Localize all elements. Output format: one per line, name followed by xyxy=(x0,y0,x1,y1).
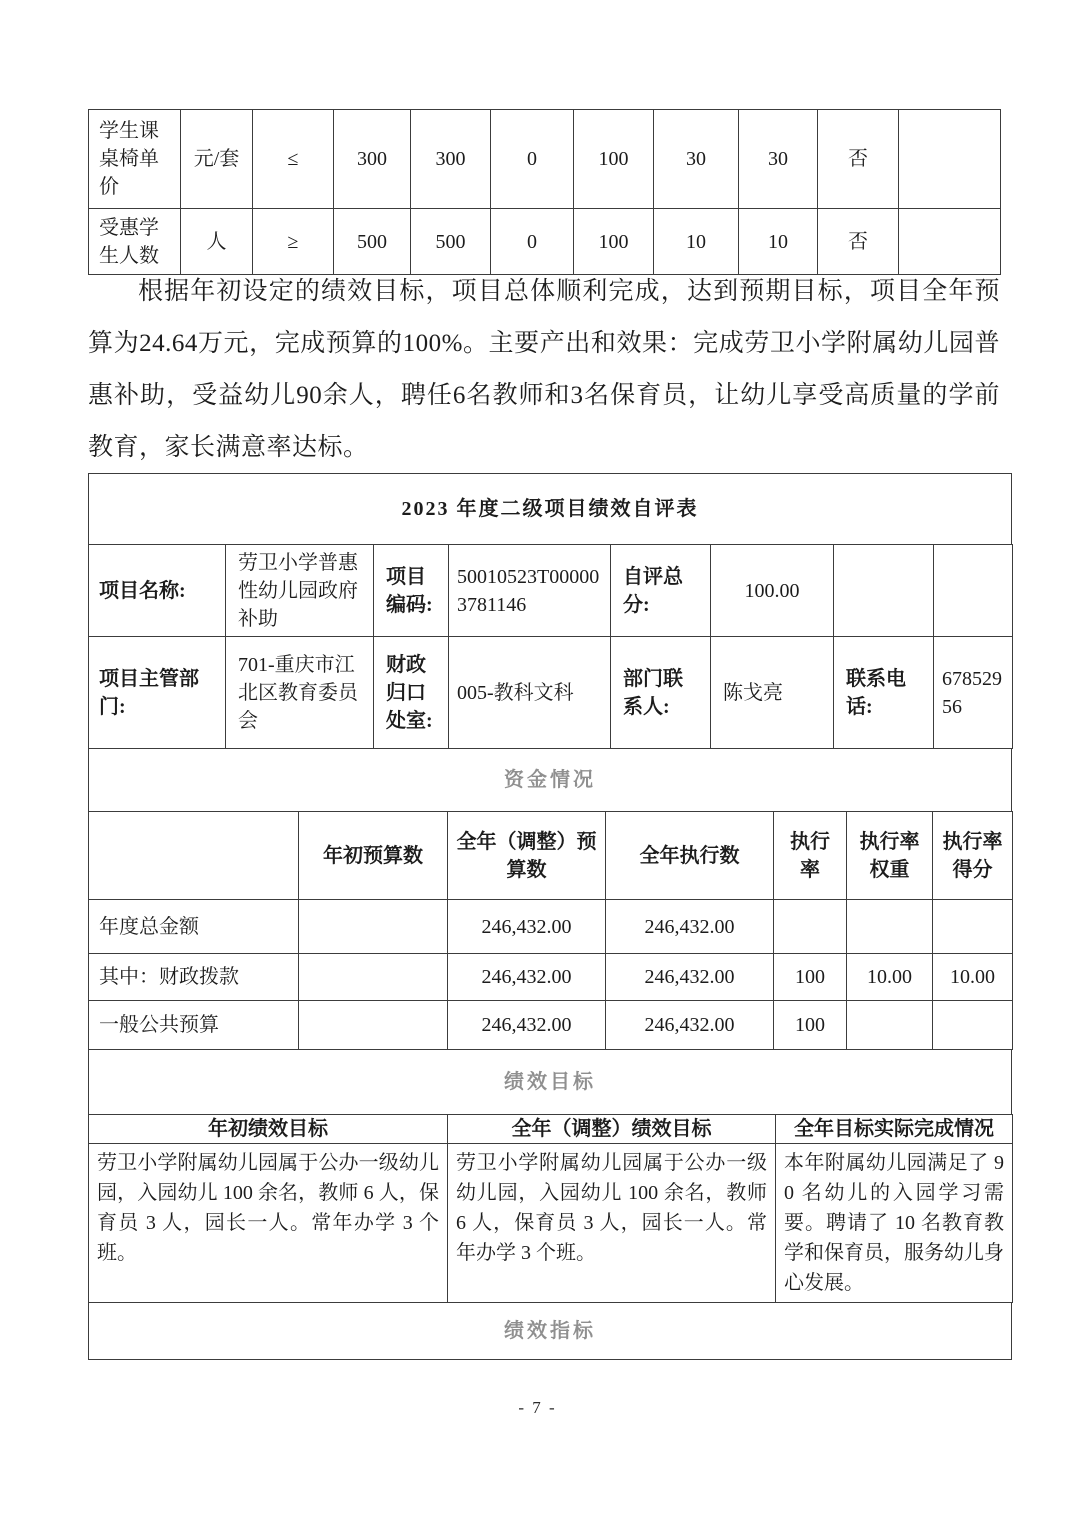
finance-office-value: 005-教科文科 xyxy=(449,637,611,749)
indicator-row-students: 受惠学生人数 人 ≥ 500 500 0 100 10 10 否 xyxy=(89,209,1001,275)
goal-initial-text: 劳卫小学附属幼儿园属于公办一级幼儿园，入园幼儿 100 余名，教师 6 人，保育… xyxy=(89,1144,448,1303)
data-cell xyxy=(774,900,847,954)
data-cell: 246,432.00 xyxy=(606,954,774,1001)
row-label: 其中：财政拨款 xyxy=(89,954,299,1001)
row-label: 一般公共预算 xyxy=(89,1001,299,1050)
indicator-name: 学生课桌椅单价 xyxy=(89,110,181,209)
info-row-2: 项目主管部门: 701-重庆市江北区教育委员会 财政归口处室: 005-教科文科… xyxy=(89,637,1013,749)
indicator-flag: 否 xyxy=(818,110,899,209)
section-indicators: 绩效指标 xyxy=(88,1302,1012,1360)
funding-header-initial-budget: 年初预算数 xyxy=(299,812,448,900)
funding-header-executed: 全年执行数 xyxy=(606,812,774,900)
funding-row-public-budget: 一般公共预算 246,432.00 246,432.00 100 xyxy=(89,1001,1013,1050)
data-cell: 10.00 xyxy=(847,954,933,1001)
goals-header-row: 年初绩效目标 全年（调整）绩效目标 全年目标实际完成情况 xyxy=(89,1115,1013,1144)
project-name-label: 项目名称: xyxy=(89,545,226,637)
section-funding-title: 资金情况 xyxy=(89,749,1012,812)
phone-label: 联系电话: xyxy=(834,637,934,749)
eval-table: 2023 年度二级项目绩效自评表 项目名称: 劳卫小学普惠性幼儿园政府补助 项目… xyxy=(88,473,1012,1360)
indicator-rate: 100 xyxy=(574,209,654,275)
data-cell xyxy=(933,1001,1013,1050)
goals-table: 年初绩效目标 全年（调整）绩效目标 全年目标实际完成情况 劳卫小学附属幼儿园属于… xyxy=(88,1114,1013,1303)
row-label: 年度总金额 xyxy=(89,900,299,954)
section-goals: 绩效目标 xyxy=(88,1049,1012,1115)
empty-cell xyxy=(934,545,1013,637)
self-score-label: 自评总分: xyxy=(611,545,711,637)
indicator-score: 30 xyxy=(739,110,818,209)
indicator-actual: 300 xyxy=(411,110,491,209)
project-name-value: 劳卫小学普惠性幼儿园政府补助 xyxy=(226,545,374,637)
data-cell: 100 xyxy=(774,954,847,1001)
funding-header-exec-rate: 执行率 xyxy=(774,812,847,900)
data-cell xyxy=(847,900,933,954)
funding-header-rate-weight: 执行率权重 xyxy=(847,812,933,900)
finance-office-label: 财政归口处室: xyxy=(374,637,449,749)
goals-header-initial: 年初绩效目标 xyxy=(89,1115,448,1144)
data-cell xyxy=(299,954,448,1001)
data-cell: 100 xyxy=(774,1001,847,1050)
data-cell: 246,432.00 xyxy=(606,900,774,954)
document-page: 学生课桌椅单价 元/套 ≤ 300 300 0 100 30 30 否 受惠学生… xyxy=(0,0,1075,1520)
eval-title-block: 2023 年度二级项目绩效自评表 xyxy=(88,473,1012,545)
indicator-deviation: 0 xyxy=(491,110,574,209)
section-funding: 资金情况 xyxy=(88,748,1012,812)
goals-header-adjusted: 全年（调整）绩效目标 xyxy=(448,1115,776,1144)
self-score-value: 100.00 xyxy=(711,545,834,637)
indicator-target: 500 xyxy=(334,209,411,275)
dept-label: 项目主管部门: xyxy=(89,637,226,749)
indicator-empty xyxy=(899,110,1001,209)
indicator-actual: 500 xyxy=(411,209,491,275)
data-cell: 246,432.00 xyxy=(448,1001,606,1050)
indicator-empty xyxy=(899,209,1001,275)
data-cell xyxy=(933,900,1013,954)
indicator-weight: 10 xyxy=(654,209,739,275)
page-number: - 7 - xyxy=(0,1398,1075,1418)
section-indicators-title: 绩效指标 xyxy=(89,1303,1012,1360)
indicator-flag: 否 xyxy=(818,209,899,275)
indicator-deviation: 0 xyxy=(491,209,574,275)
funding-header-row: 年初预算数 全年（调整）预算数 全年执行数 执行率 执行率权重 执行率得分 xyxy=(89,812,1013,900)
indicator-target: 300 xyxy=(334,110,411,209)
indicator-name: 受惠学生人数 xyxy=(89,209,181,275)
funding-row-total: 年度总金额 246,432.00 246,432.00 xyxy=(89,900,1013,954)
indicator-weight: 30 xyxy=(654,110,739,209)
project-code-label: 项目编码: xyxy=(374,545,449,637)
info-row-1: 项目名称: 劳卫小学普惠性幼儿园政府补助 项目编码: 50010523T0000… xyxy=(89,545,1013,637)
contact-value: 陈戈亮 xyxy=(711,637,834,749)
data-cell: 246,432.00 xyxy=(448,900,606,954)
indicator-score: 10 xyxy=(739,209,818,275)
data-cell: 10.00 xyxy=(933,954,1013,1001)
goals-header-actual: 全年目标实际完成情况 xyxy=(776,1115,1013,1144)
funding-header-rate-score: 执行率得分 xyxy=(933,812,1013,900)
data-cell: 246,432.00 xyxy=(448,954,606,1001)
funding-table: 年初预算数 全年（调整）预算数 全年执行数 执行率 执行率权重 执行率得分 年度… xyxy=(88,811,1013,1050)
indicator-unit: 人 xyxy=(181,209,253,275)
goal-adjusted-text: 劳卫小学附属幼儿园属于公办一级幼儿园，入园幼儿 100 余名，教师 6 人，保育… xyxy=(448,1144,776,1303)
indicator-direction: ≤ xyxy=(253,110,334,209)
empty-cell xyxy=(834,545,934,637)
indicator-unit: 元/套 xyxy=(181,110,253,209)
summary-paragraph: 根据年初设定的绩效目标，项目总体顺利完成，达到预期目标，项目全年预算为24.64… xyxy=(88,266,1000,474)
data-cell xyxy=(847,1001,933,1050)
project-info-table: 项目名称: 劳卫小学普惠性幼儿园政府补助 项目编码: 50010523T0000… xyxy=(88,544,1013,749)
eval-table-title: 2023 年度二级项目绩效自评表 xyxy=(89,474,1012,545)
indicator-row-desk-price: 学生课桌椅单价 元/套 ≤ 300 300 0 100 30 30 否 xyxy=(89,110,1001,209)
goals-body-row: 劳卫小学附属幼儿园属于公办一级幼儿园，入园幼儿 100 余名，教师 6 人，保育… xyxy=(89,1144,1013,1303)
funding-row-fiscal: 其中：财政拨款 246,432.00 246,432.00 100 10.00 … xyxy=(89,954,1013,1001)
data-cell xyxy=(299,1001,448,1050)
indicator-table: 学生课桌椅单价 元/套 ≤ 300 300 0 100 30 30 否 受惠学生… xyxy=(88,109,1001,275)
funding-header-adjusted-budget: 全年（调整）预算数 xyxy=(448,812,606,900)
project-code-value: 50010523T000003781146 xyxy=(449,545,611,637)
funding-header-blank xyxy=(89,812,299,900)
data-cell: 246,432.00 xyxy=(606,1001,774,1050)
dept-value: 701-重庆市江北区教育委员会 xyxy=(226,637,374,749)
goal-actual-text: 本年附属幼儿园满足了 90 名幼儿的入园学习需要。聘请了 10 名教育教学和保育… xyxy=(776,1144,1013,1303)
data-cell xyxy=(299,900,448,954)
indicator-rate: 100 xyxy=(574,110,654,209)
contact-label: 部门联系人: xyxy=(611,637,711,749)
phone-value: 67852956 xyxy=(934,637,1013,749)
indicator-direction: ≥ xyxy=(253,209,334,275)
section-goals-title: 绩效目标 xyxy=(89,1050,1012,1115)
